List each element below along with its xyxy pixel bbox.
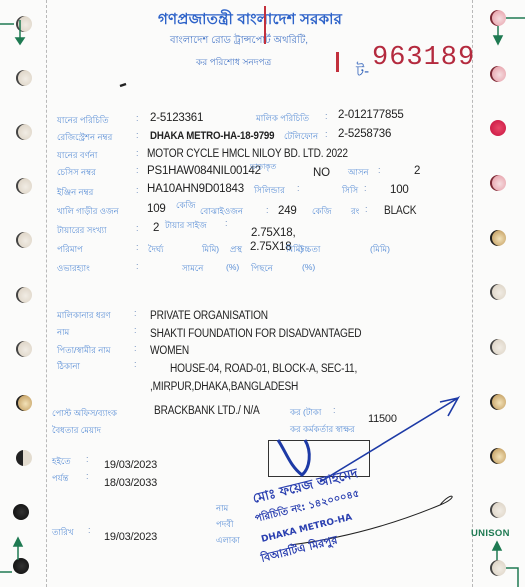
signature-and-stamp: মোঃ ফয়েজ আহমেদ পরিচিতি নং: ১৪২০০০৪৫ DHA… xyxy=(0,0,525,587)
tax-token-certificate: গণপ্রজাতন্ত্রী বাংলাদেশ সরকার বাংলাদেশ র… xyxy=(0,0,525,587)
form-brand: UNISON xyxy=(471,528,510,539)
